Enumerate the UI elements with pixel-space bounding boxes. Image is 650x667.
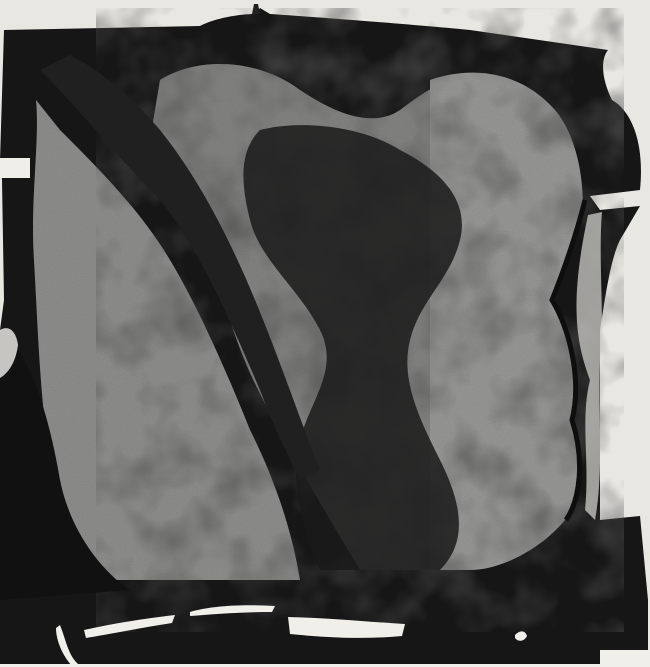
abstract-print: [0, 0, 650, 667]
print-canvas: [0, 0, 650, 667]
left-notch: [0, 158, 30, 178]
